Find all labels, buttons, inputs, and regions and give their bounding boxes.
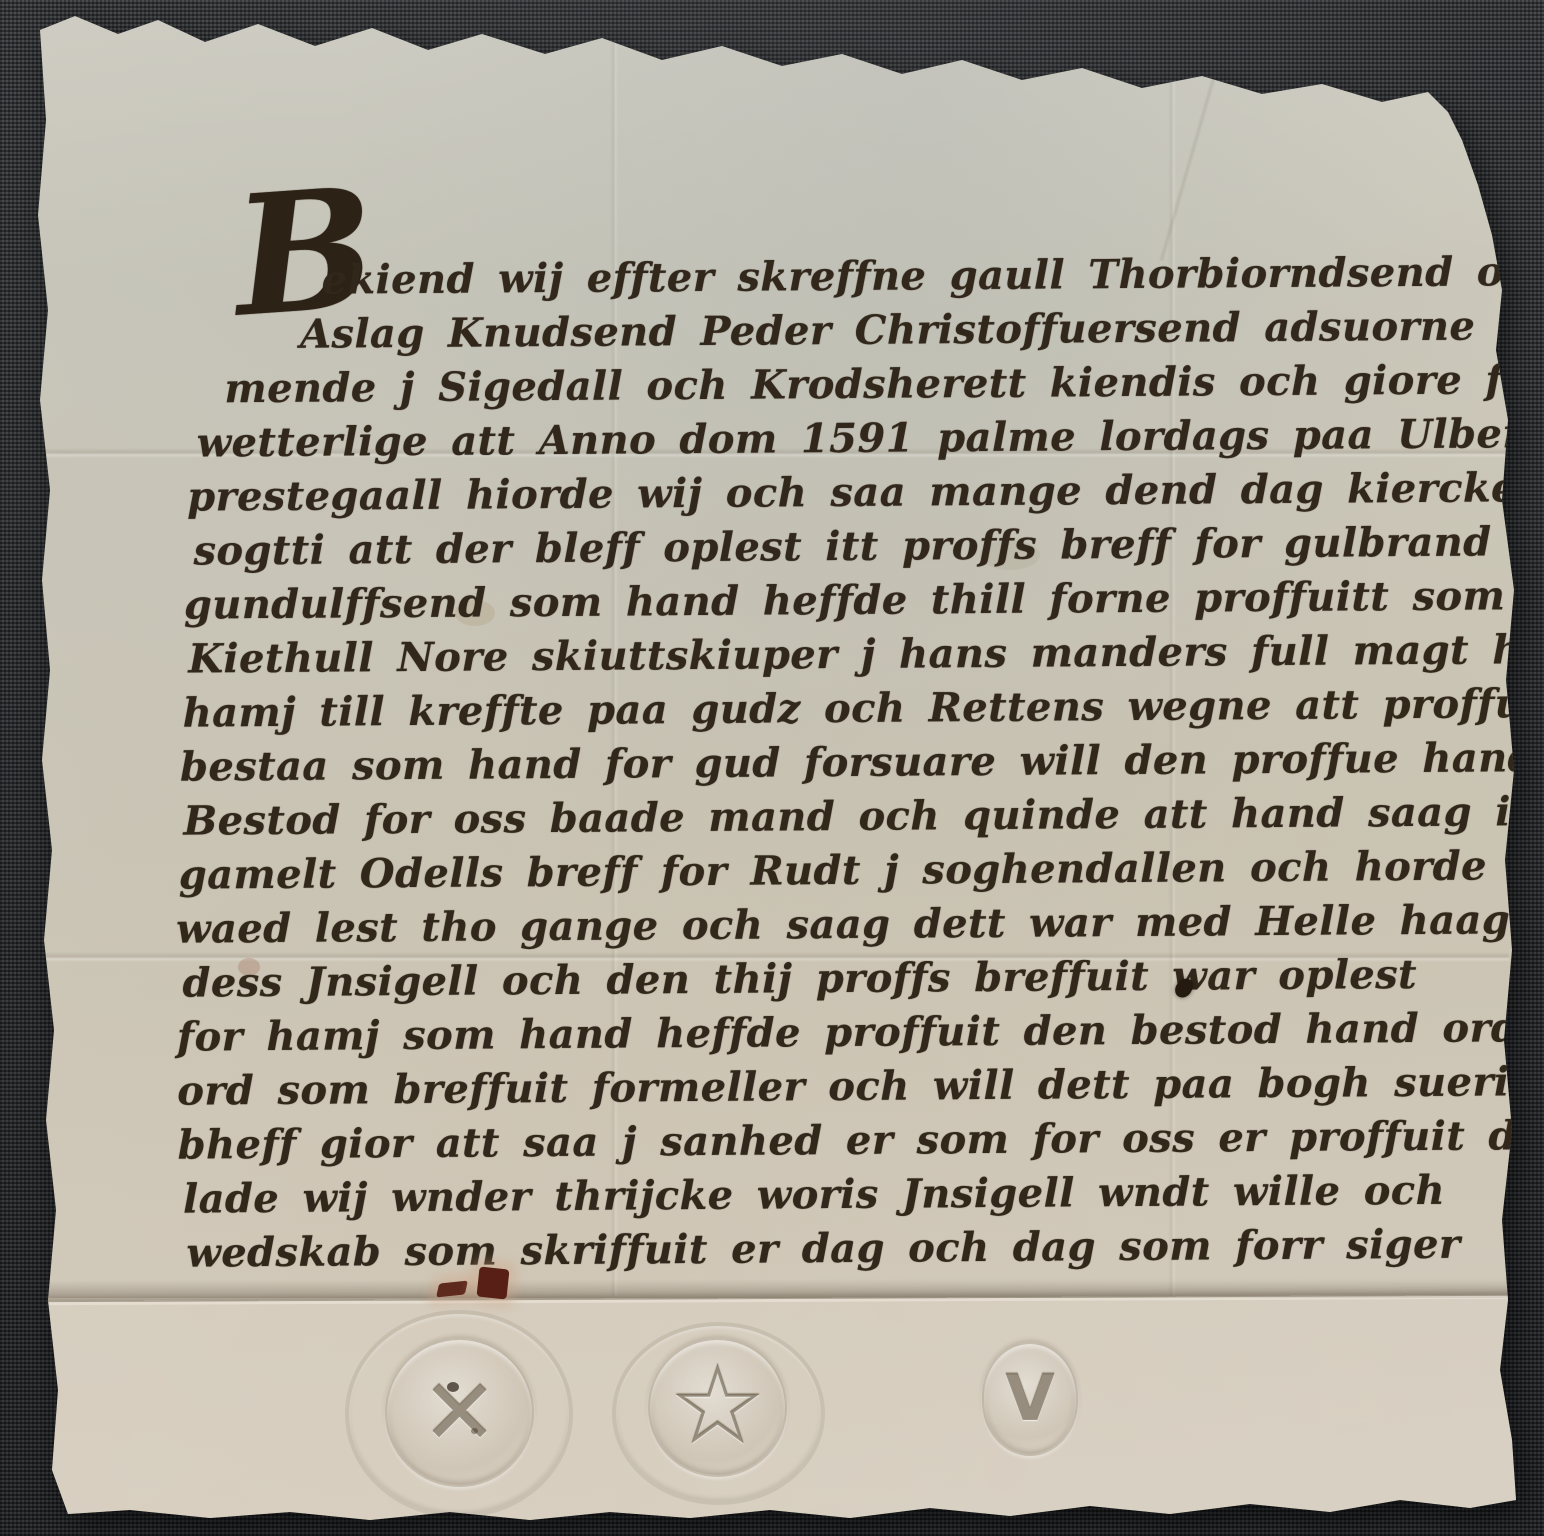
text-line: Bestod for oss baade mand och quinde att… (183, 785, 1505, 848)
text-line: gundulffsend som hand heffde thill forne… (184, 569, 1504, 632)
text-line: ord som breffuit formeller och will dett… (177, 1055, 1507, 1118)
text-line: bestaa som hand for gud forsuare will de… (180, 731, 1505, 794)
text-line: gamelt Odells breff for Rudt j soghendal… (179, 839, 1506, 902)
text-line: Kiethull Nore skiuttskiuper j hans mande… (188, 623, 1504, 686)
text-line: hamj till kreffte paa gudz och Rettens w… (182, 677, 1504, 740)
handwriting-block: ekiend wij effter skreffne gaull Thorbio… (171, 245, 1508, 1280)
paper-wrapper: B ekiend wij effter skreffne gaull Thorb… (0, 0, 1544, 1536)
text-line: wetterlige att Anno dom 1591 palme lorda… (197, 407, 1503, 470)
text-line: lade wij wnder thrijcke woris Jnsigell w… (183, 1163, 1508, 1226)
wax-seal-left: ✕ (385, 1338, 534, 1487)
wax-seal-right: V (982, 1342, 1078, 1456)
text-line: for hamj som hand heffde proffuit den be… (177, 1001, 1507, 1064)
seal-cross-icon: ✕ (421, 1359, 498, 1466)
text-line: bheff gior att saa j sanhed er som for o… (177, 1109, 1507, 1172)
text-line: sogtti att der bleff oplest itt proffs b… (193, 515, 1503, 578)
text-line: Aslag Knudsend Peder Christoffuersend ad… (300, 299, 1502, 361)
seal-monogram-icon: V (1005, 1362, 1055, 1436)
seal-star-icon: ☆ (668, 1341, 767, 1469)
paper-document: B ekiend wij effter skreffne gaull Thorb… (0, 0, 1544, 1536)
text-line: ekiend wij effter skreffne gaull Thorbio… (321, 245, 1501, 307)
text-line: dess Jnsigell och den thij proffs breffu… (182, 947, 1506, 1010)
text-line: mende j Sigedall och Krodsherett kiendis… (224, 353, 1502, 416)
wax-remnant (477, 1267, 510, 1300)
wax-seal-middle: ☆ (648, 1338, 787, 1477)
text-line: prestegaall hiorde wij och saa mange den… (187, 461, 1503, 524)
text-line: waed lest tho gange och saag dett war me… (176, 893, 1506, 956)
text-line: wedskab som skriffuit er dag och dag som… (186, 1217, 1508, 1280)
seal-speck (471, 1428, 478, 1434)
seal-speck (447, 1382, 459, 1392)
